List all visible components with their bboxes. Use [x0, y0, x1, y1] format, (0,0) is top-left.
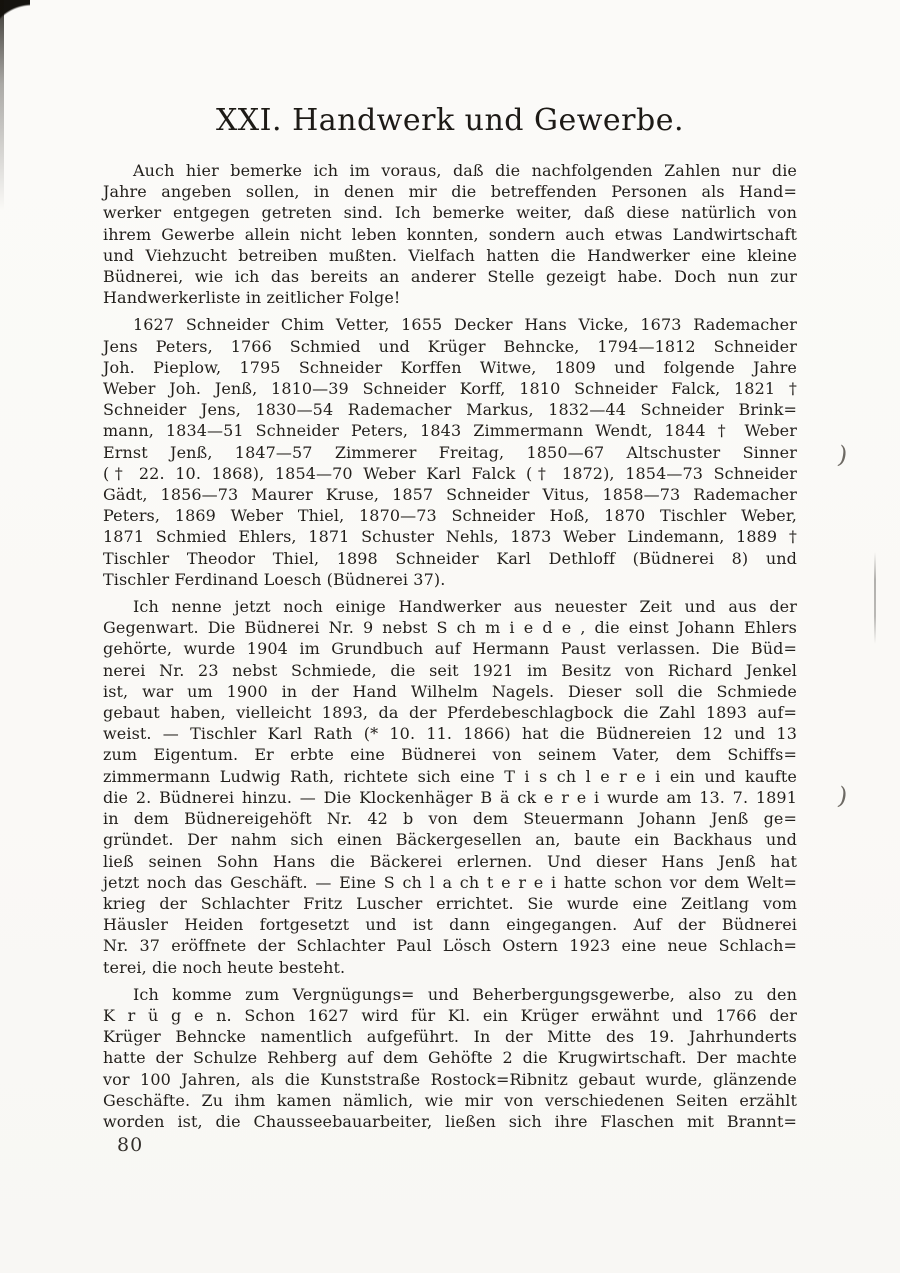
text-line: Schneider Jens, 1830—54 Rademacher Marku… [103, 399, 797, 420]
text-line: Tischler Theodor Thiel, 1898 Schneider K… [103, 548, 797, 569]
text-line: werker entgegen getreten sind. Ich bemer… [103, 202, 797, 223]
page-number: 80 [117, 1134, 143, 1156]
scan-edge-artifact [0, 0, 4, 210]
text-line: zimmermann Ludwig Rath, richtete sich ei… [103, 766, 797, 787]
paragraph: Ich nenne jetzt noch einige Handwerker a… [103, 596, 797, 978]
text-line: Nr. 37 eröffnete der Schlachter Paul Lös… [103, 935, 797, 956]
text-line: Geschäfte. Zu ihm kamen nämlich, wie mir… [103, 1090, 797, 1111]
text-line: Ernst Jenß, 1847—57 Zimmerer Freitag, 18… [103, 442, 797, 463]
text-line: († 22. 10. 1868), 1854—70 Weber Karl Fal… [103, 463, 797, 484]
text-line: Ich nenne jetzt noch einige Handwerker a… [103, 596, 797, 617]
text-line: K r ü g e n. Schon 1627 wird für Kl. ein… [103, 1005, 797, 1026]
text-line: gehörte, wurde 1904 im Grundbuch auf Her… [103, 638, 797, 659]
text-line: Peters, 1869 Weber Thiel, 1870—73 Schnei… [103, 505, 797, 526]
text-line: terei, die noch heute besteht. [103, 957, 797, 978]
text-line: weist. — Tischler Karl Rath (* 10. 11. 1… [103, 723, 797, 744]
text-line: zum Eigentum. Er erbte eine Büdnerei von… [103, 744, 797, 765]
scan-corner-artifact [0, 0, 30, 52]
text-line: worden ist, die Chausseebauarbeiter, lie… [103, 1111, 797, 1132]
text-line: krieg der Schlachter Fritz Luscher erric… [103, 893, 797, 914]
text-line: Krüger Behncke namentlich aufgeführt. In… [103, 1026, 797, 1047]
text-line: Büdnerei, wie ich das bereits an anderer… [103, 266, 797, 287]
margin-mark: ) [836, 781, 850, 810]
text-line: Tischler Ferdinand Loesch (Büdnerei 37). [103, 569, 797, 590]
text-line: in dem Büdnereigehöft Nr. 42 b von dem S… [103, 808, 797, 829]
paragraph: Ich komme zum Vergnügungs= und Beherberg… [103, 984, 797, 1132]
scanned-book-page: { "page": { "title": "XXI. Handwerk und … [0, 0, 900, 1273]
text-line: Jens Peters, 1766 Schmied und Krüger Beh… [103, 336, 797, 357]
text-line: gebaut haben, vielleicht 1893, da der Pf… [103, 702, 797, 723]
paragraph: 1627 Schneider Chim Vetter, 1655 Decker … [103, 314, 797, 590]
text-line: Joh. Pieplow, 1795 Schneider Korffen Wit… [103, 357, 797, 378]
text-line: Handwerkerliste in zeitlicher Folge! [103, 287, 797, 308]
paragraph: Auch hier bemerke ich im voraus, daß die… [103, 160, 797, 308]
scan-line-artifact [874, 552, 876, 644]
text-line: Auch hier bemerke ich im voraus, daß die… [103, 160, 797, 181]
text-line: hatte der Schulze Rehberg auf dem Gehöft… [103, 1047, 797, 1068]
text-line: Jahre angeben sollen, in denen mir die b… [103, 181, 797, 202]
text-line: nerei Nr. 23 nebst Schmiede, die seit 19… [103, 660, 797, 681]
text-line: mann, 1834—51 Schneider Peters, 1843 Zim… [103, 420, 797, 441]
text-line: 1871 Schmied Ehlers, 1871 Schuster Nehls… [103, 526, 797, 547]
text-line: vor 100 Jahren, als die Kunststraße Rost… [103, 1069, 797, 1090]
text-line: ist, war um 1900 in der Hand Wilhelm Nag… [103, 681, 797, 702]
text-line: Weber Joh. Jenß, 1810—39 Schneider Korff… [103, 378, 797, 399]
text-line: Häusler Heiden fortgesetzt und ist dann … [103, 914, 797, 935]
text-line: Gädt, 1856—73 Maurer Kruse, 1857 Schneid… [103, 484, 797, 505]
chapter-title: XXI. Handwerk und Gewerbe. [103, 103, 797, 138]
text-line: die 2. Büdnerei hinzu. — Die Klockenhäge… [103, 787, 797, 808]
text-line: gründet. Der nahm sich einen Bäckergesel… [103, 829, 797, 850]
text-line: und Viehzucht betreiben mußten. Vielfach… [103, 245, 797, 266]
text-line: ihrem Gewerbe allein nicht leben konnten… [103, 224, 797, 245]
text-line: ließ seinen Sohn Hans die Bäckerei erler… [103, 851, 797, 872]
text-line: jetzt noch das Geschäft. — Eine S ch l a… [103, 872, 797, 893]
text-line: Ich komme zum Vergnügungs= und Beherberg… [103, 984, 797, 1005]
text-line: 1627 Schneider Chim Vetter, 1655 Decker … [103, 314, 797, 335]
text-block: Auch hier bemerke ich im voraus, daß die… [103, 160, 797, 1132]
text-line: Gegenwart. Die Büdnerei Nr. 9 nebst S ch… [103, 617, 797, 638]
margin-mark: ) [836, 440, 850, 469]
